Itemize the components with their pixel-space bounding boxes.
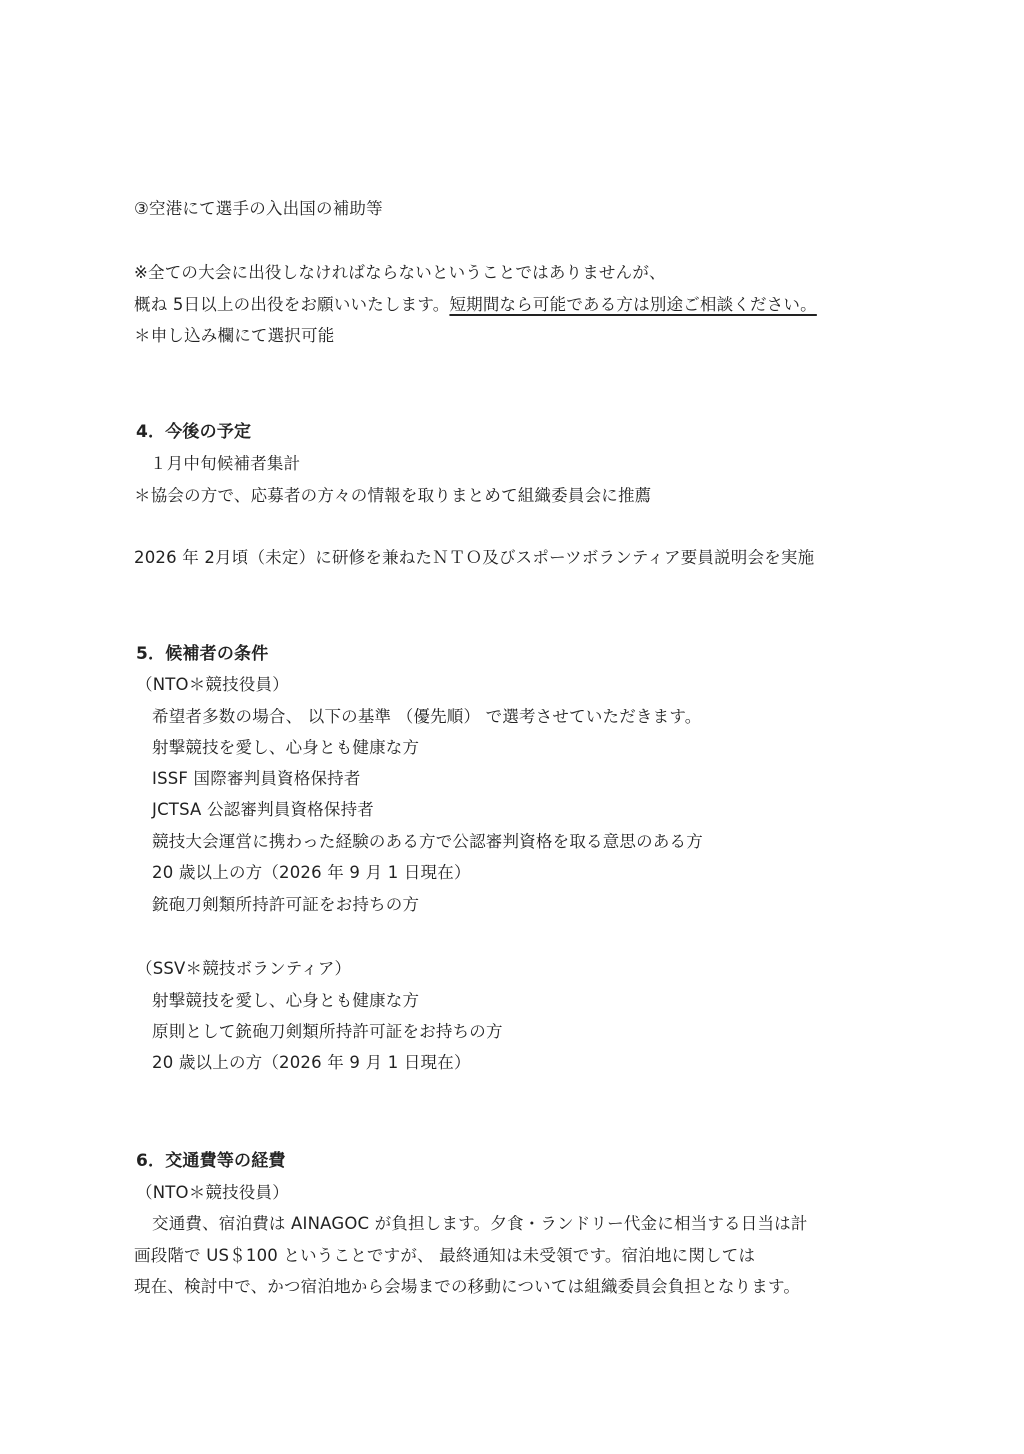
ssv-criteria-line: 射撃競技を愛し、心身とも健康な方 — [152, 990, 419, 1012]
expenses-line: 現在、検討中で、かつ宿泊地から会場までの移動については組織委員会負担となります。 — [134, 1276, 800, 1298]
ssv-criteria-line: 20 歳以上の方（2026 年 9 月 1 日現在） — [152, 1052, 471, 1074]
nto-criteria-line: 20 歳以上の方（2026 年 9 月 1 日現在） — [152, 862, 471, 884]
note-line-2-underlined: 短期間なら可能である方は別途ご相談ください。 — [449, 295, 816, 314]
section-4-heading: 4．今後の予定 — [136, 421, 251, 443]
nto-criteria-line: 射撃競技を愛し、心身とも健康な方 — [152, 737, 419, 759]
ssv-label: （SSV＊競技ボランティア） — [136, 958, 351, 980]
ssv-criteria-line: 原則として銃砲刀剣類所持許可証をお持ちの方 — [152, 1021, 503, 1043]
schedule-line: １月中旬候補者集計 — [150, 453, 300, 475]
note-line-2-plain: 概ね 5日以上の出役をお願いいたします。 — [134, 295, 449, 314]
nto-criteria-line: 競技大会運営に携わった経験のある方で公認審判資格を取る意思のある方 — [152, 831, 703, 853]
note-line-2: 概ね 5日以上の出役をお願いいたします。短期間なら可能である方は別途ご相談くださ… — [134, 294, 817, 316]
schedule-line: 2026 年 2月頃（未定）に研修を兼ねたＮＴＯ及びスポーツボランティア要員説明… — [134, 547, 814, 569]
expenses-nto-label: （NTO＊競技役員） — [136, 1182, 289, 1204]
item-3-airport-assistance: ③空港にて選手の入出国の補助等 — [134, 198, 383, 220]
expenses-line: 画段階で US＄100 ということですが、 最終通知は未受領です。宿泊地に関して… — [134, 1245, 755, 1267]
note-line-1: ※全ての大会に出役しなければならないということではありませんが、 — [134, 262, 666, 284]
nto-criteria-line: 銃砲刀剣類所持許可証をお持ちの方 — [152, 894, 419, 916]
nto-criteria-line: ISSF 国際審判員資格保持者 — [152, 768, 361, 790]
section-5-heading: 5．候補者の条件 — [136, 643, 268, 665]
nto-criteria-line: JCTSA 公認審判員資格保持者 — [152, 799, 374, 821]
nto-criteria-line: 希望者多数の場合、 以下の基準 （優先順） で選考させていただきます。 — [152, 706, 701, 728]
expenses-line: 交通費、宿泊費は AINAGOC が負担します。夕食・ランドリー代金に相当する日… — [152, 1213, 808, 1235]
note-line-3: ＊申し込み欄にて選択可能 — [134, 325, 334, 347]
nto-label: （NTO＊競技役員） — [136, 674, 289, 696]
section-6-heading: 6．交通費等の経費 — [136, 1150, 286, 1172]
schedule-line: ＊協会の方で、応募者の方々の情報を取りまとめて組織委員会に推薦 — [134, 485, 651, 507]
